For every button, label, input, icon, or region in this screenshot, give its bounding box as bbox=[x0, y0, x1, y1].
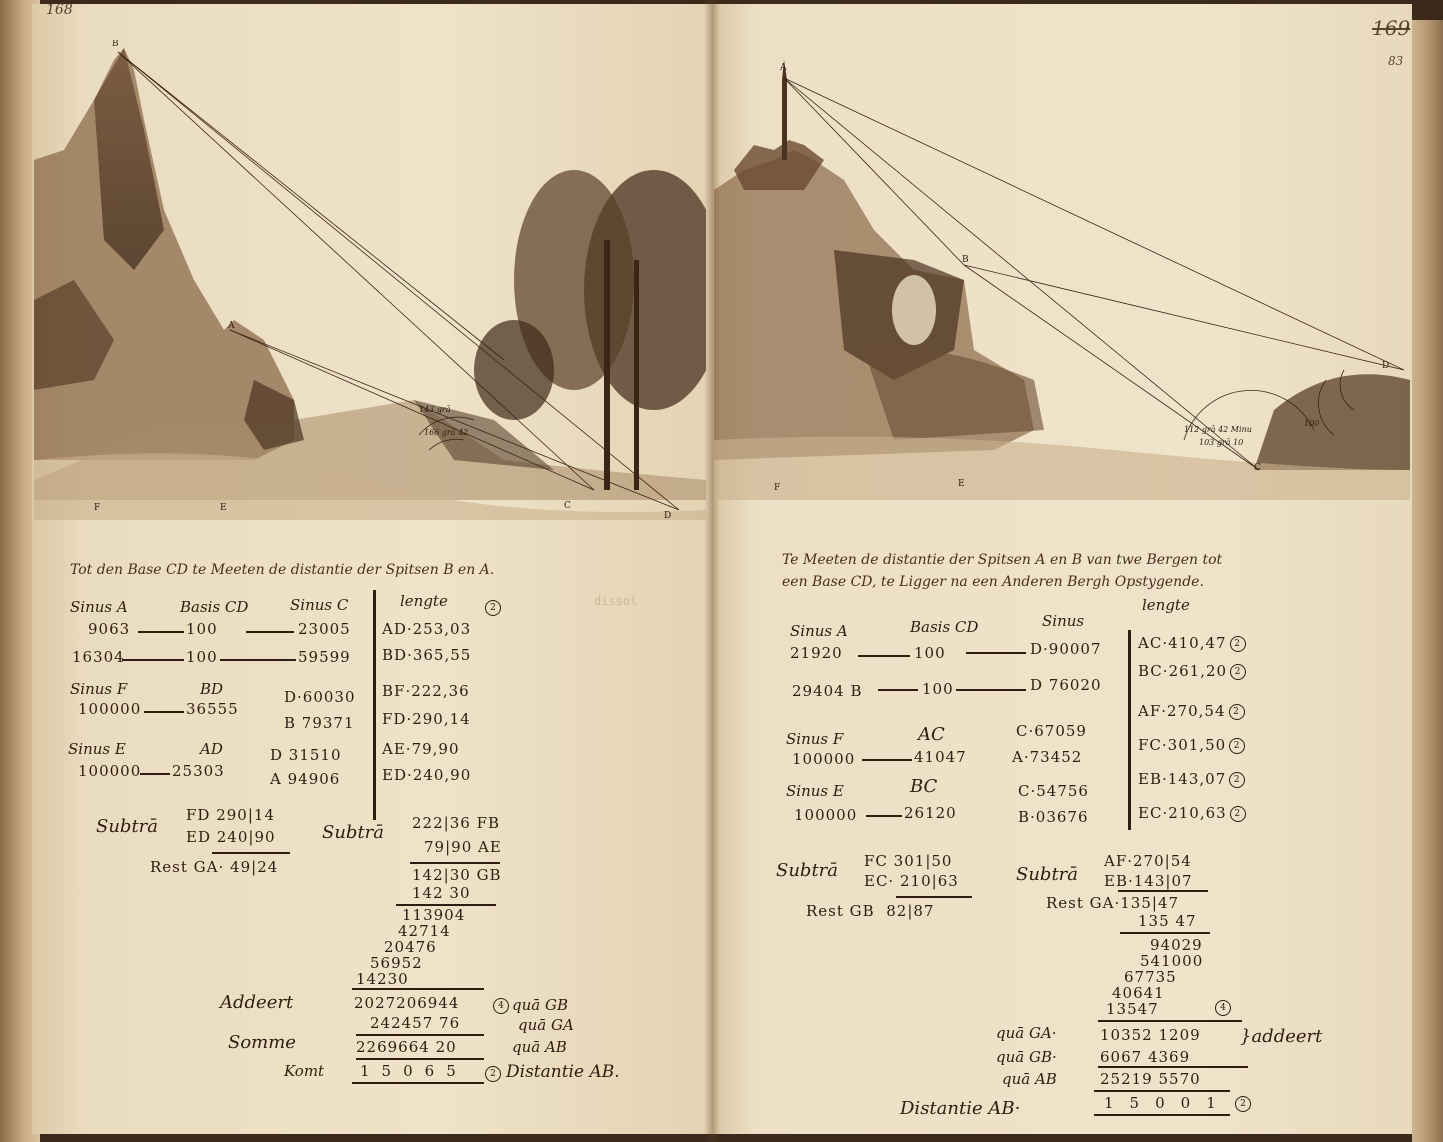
svg-text:103 grā 10: 103 grā 10 bbox=[1199, 438, 1243, 447]
left-length-ae: AE·79,90 bbox=[382, 740, 460, 758]
right-mult-line5: 13547 bbox=[1106, 1000, 1159, 1018]
right-length-fc: FC·301,502 bbox=[1138, 736, 1245, 754]
precision-mark: 2 bbox=[485, 600, 501, 616]
svg-text:112 grā 42 Minu: 112 grā 42 Minu bbox=[1184, 425, 1252, 434]
right-square-ga-label: quā GA· bbox=[996, 1024, 1057, 1042]
right-col-sinus-a: Sinus A bbox=[790, 622, 848, 640]
left-subtract2-repeat: 142 30 bbox=[412, 884, 471, 902]
left-sinus-f-top: D·60030 bbox=[284, 688, 356, 706]
left-sinus-f-mid: 36555 bbox=[186, 700, 239, 718]
bleed-through-text: dissol bbox=[594, 594, 637, 608]
right-length-ac: AC·410,472 bbox=[1138, 634, 1246, 652]
right-sinus-e-top: C·54756 bbox=[1018, 782, 1089, 800]
svg-text:E: E bbox=[958, 479, 965, 489]
left-sinus-e-mid: 25303 bbox=[172, 762, 225, 780]
open-manuscript: 168 169 83 bbox=[0, 0, 1443, 1142]
right-row1-mid: 100 bbox=[914, 644, 946, 662]
right-col-sinus: Sinus bbox=[1042, 612, 1084, 630]
left-somme-label: Somme bbox=[228, 1032, 296, 1053]
right-heading-line2: een Base CD, te Ligger na een Anderen Be… bbox=[782, 574, 1204, 590]
svg-text:143 grā: 143 grā bbox=[419, 405, 451, 414]
svg-text:166 grā 42: 166 grā 42 bbox=[424, 428, 468, 437]
right-square-mark: 4 bbox=[1215, 1000, 1231, 1016]
right-length-bc: BC·261,202 bbox=[1138, 662, 1246, 680]
svg-text:D: D bbox=[1382, 361, 1389, 371]
right-square-ab-label: quā AB bbox=[1002, 1070, 1057, 1088]
left-length-bd: BD·365,55 bbox=[382, 646, 471, 664]
left-mult-line5: 14230 bbox=[356, 970, 409, 988]
svg-text:B: B bbox=[112, 40, 119, 49]
right-row1-right: D·90007 bbox=[1030, 640, 1102, 658]
right-sinus-f-mid: 41047 bbox=[914, 748, 967, 766]
left-addeert-row1: 2027206944 bbox=[354, 994, 459, 1012]
right-subtract1-label: Subtrā bbox=[776, 860, 838, 881]
right-heading-line1: Te Meeten de distantie der Spitsen A en … bbox=[782, 552, 1222, 568]
left-addeert-label: Addeert bbox=[220, 992, 293, 1013]
left-subtract2-label: Subtrā bbox=[322, 822, 384, 843]
right-subtract2-rest: Rest GA·135|47 bbox=[1046, 894, 1179, 912]
left-somme-value: 2269664 20 bbox=[356, 1038, 457, 1056]
left-sinus-e-midlabel: AD bbox=[200, 740, 223, 758]
left-length-bf: BF·222,36 bbox=[382, 682, 470, 700]
left-page-number: 168 bbox=[46, 2, 73, 18]
left-sinus-e-top: D 31510 bbox=[270, 746, 342, 764]
left-komt-digits: 15065 bbox=[360, 1062, 468, 1080]
right-sinus-e-left: 100000 bbox=[794, 806, 857, 824]
left-somme-note: quā AB bbox=[512, 1038, 567, 1056]
svg-text:E: E bbox=[220, 503, 227, 513]
right-row2-left: 29404 B bbox=[792, 682, 863, 700]
right-sinus-f-left: 100000 bbox=[792, 750, 855, 768]
left-addeert-row2: 242457 76 bbox=[370, 1014, 460, 1032]
right-sinus-f-label: Sinus F bbox=[786, 730, 843, 748]
left-subtract2-result: 142|30 GB bbox=[412, 866, 502, 884]
right-landscape-drawing: AB FE CD 112 grā 42 Minu 103 grā 10 100 bbox=[714, 50, 1410, 500]
right-subtract2-row1: AF·270|54 bbox=[1104, 852, 1192, 870]
left-heading: Tot den Base CD te Meeten de distantie d… bbox=[70, 562, 494, 578]
left-row1-right: 23005 bbox=[298, 620, 351, 638]
left-subtract1-row1: FD 290|14 bbox=[186, 806, 275, 824]
left-subtract2-row2: 79|90 AE bbox=[424, 838, 502, 856]
right-column-divider bbox=[1128, 630, 1131, 830]
svg-text:B: B bbox=[962, 255, 969, 265]
left-komt-label: Komt bbox=[284, 1062, 324, 1080]
right-addeert-label: }addeert bbox=[1240, 1026, 1322, 1047]
right-sinus-f-bottom: A·73452 bbox=[1012, 748, 1082, 766]
right-square-gb: 6067 4369 bbox=[1100, 1048, 1190, 1066]
right-subtract2-label: Subtrā bbox=[1016, 864, 1078, 885]
left-length-fd: FD·290,14 bbox=[382, 710, 471, 728]
right-length-af: AF·270,542 bbox=[1138, 702, 1245, 720]
right-subtract1-row1: FC 301|50 bbox=[864, 852, 952, 870]
svg-text:D: D bbox=[664, 511, 671, 520]
right-sinus-e-midlabel: BC bbox=[910, 776, 937, 797]
right-distance-mark: 2 bbox=[1235, 1096, 1251, 1112]
left-col-sinus-a: Sinus A bbox=[70, 598, 128, 616]
left-row2-left: 16304 bbox=[72, 648, 125, 666]
left-komt-note: Distantie AB. bbox=[506, 1062, 620, 1082]
svg-text:C: C bbox=[564, 501, 571, 511]
right-subtract2-row2: EB·143|07 bbox=[1104, 872, 1193, 890]
svg-text:A: A bbox=[227, 321, 235, 331]
left-komt-mark: 2 bbox=[485, 1066, 501, 1082]
left-column-divider bbox=[373, 590, 376, 820]
right-row2-mid: 100 bbox=[922, 680, 954, 698]
right-row1-left: 21920 bbox=[790, 644, 843, 662]
right-subtract1-row2: EC· 210|63 bbox=[864, 872, 959, 890]
left-sinus-f-left: 100000 bbox=[78, 700, 141, 718]
left-sinus-e-left: 100000 bbox=[78, 762, 141, 780]
right-col-lengte: lengte bbox=[1142, 596, 1190, 614]
left-addeert-mark: 4 bbox=[493, 998, 509, 1014]
left-col-basis-cd: Basis CD bbox=[180, 598, 248, 616]
left-row1-mid: 100 bbox=[186, 620, 218, 638]
left-subtract1-rest: Rest GA· 49|24 bbox=[150, 858, 278, 876]
right-sinus-f-top: C·67059 bbox=[1016, 722, 1087, 740]
left-col-lengte: lengte bbox=[400, 592, 448, 610]
svg-text:F: F bbox=[774, 483, 780, 493]
right-row2-right: D 76020 bbox=[1030, 676, 1102, 694]
left-row2-mid: 100 bbox=[186, 648, 218, 666]
svg-text:A: A bbox=[779, 63, 787, 73]
left-length-ad: AD·253,03 bbox=[382, 620, 471, 638]
svg-text:F: F bbox=[94, 503, 100, 513]
right-square-ga: 10352 1209 bbox=[1100, 1026, 1201, 1044]
svg-text:C: C bbox=[1254, 463, 1261, 473]
svg-text:100: 100 bbox=[1304, 419, 1319, 428]
right-square-gb-label: quā GB· bbox=[996, 1048, 1057, 1066]
right-square-ab: 25219 5570 bbox=[1100, 1070, 1201, 1088]
left-row2-right: 59599 bbox=[298, 648, 351, 666]
left-sinus-f-midlabel: BD bbox=[200, 680, 223, 698]
left-subtract1-row2: ED 240|90 bbox=[186, 828, 276, 846]
right-col-basis-cd: Basis CD bbox=[910, 618, 978, 636]
right-page-edges bbox=[1412, 20, 1443, 1142]
left-subtract2-row1: 222|36 FB bbox=[412, 814, 500, 832]
right-sinus-e-mid: 26120 bbox=[904, 804, 957, 822]
left-length-ed: ED·240,90 bbox=[382, 766, 471, 784]
right-length-eb: EB·143,072 bbox=[1138, 770, 1245, 788]
left-sinus-e-bottom: A 94906 bbox=[270, 770, 340, 788]
left-col-sinus-c: Sinus C bbox=[290, 596, 348, 614]
right-length-ec: EC·210,632 bbox=[1138, 804, 1246, 822]
left-addeert-note2: quā GA bbox=[518, 1016, 574, 1034]
right-sinus-f-midlabel: AC bbox=[918, 724, 945, 745]
left-sinus-f-bottom: B 79371 bbox=[284, 714, 355, 732]
left-sinus-f-label: Sinus F bbox=[70, 680, 127, 698]
right-subtract1-rest: Rest GB 82|87 bbox=[806, 902, 934, 920]
right-sinus-e-bottom: B·03676 bbox=[1018, 808, 1089, 826]
left-subtract1-label: Subtrā bbox=[96, 816, 158, 837]
left-addeert-note1: quā GB bbox=[512, 996, 568, 1014]
left-sinus-e-label: Sinus E bbox=[68, 740, 126, 758]
left-landscape-drawing: BA FE CD 143 grā 166 grā 42 bbox=[34, 40, 706, 520]
right-distance-digits: 15001 bbox=[1104, 1094, 1232, 1112]
right-sinus-e-label: Sinus E bbox=[786, 782, 844, 800]
left-row1-left: 9063 bbox=[88, 620, 130, 638]
right-distance-label: Distantie AB· bbox=[900, 1098, 1020, 1119]
right-subtract2-repeat: 135 47 bbox=[1138, 912, 1197, 930]
right-page-number: 169 bbox=[1372, 16, 1410, 40]
